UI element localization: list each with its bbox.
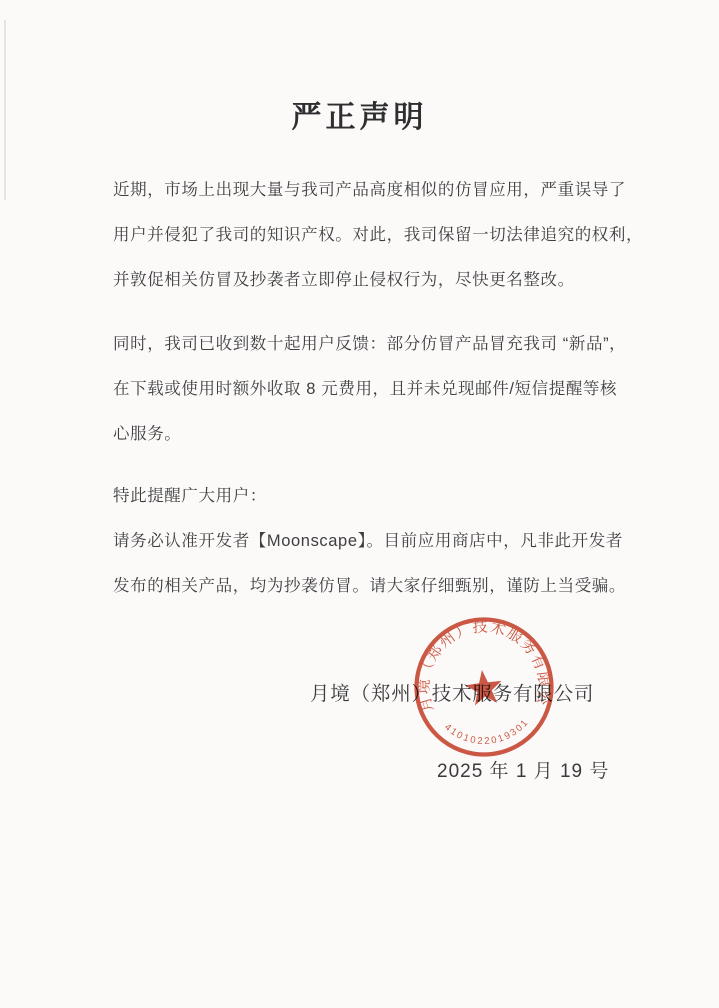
seal-ring-text: 月境（郑州）技术服务有限公司	[399, 602, 555, 725]
text-line: 发布的相关产品，均为抄袭仿冒。请大家仔细甄别，谨防上当受骗。	[113, 564, 633, 609]
star-icon	[464, 668, 504, 707]
statement-document-page: 严正声明 近期，市场上出现大量与我司产品高度相似的仿冒应用，严重误导了 用户并侵…	[0, 0, 719, 1008]
text-line: 心服务。	[113, 412, 633, 457]
text-line: 在下载或使用时额外收取 8 元费用，且并未兑现邮件/短信提醒等核	[113, 367, 633, 412]
text-line: 特此提醒广大用户：	[113, 474, 633, 519]
text-line: 近期，市场上出现大量与我司产品高度相似的仿冒应用，严重误导了	[113, 168, 633, 213]
company-seal-stamp: 月境（郑州）技术服务有限公司 4101022019301	[399, 602, 568, 771]
seal-graphic: 月境（郑州）技术服务有限公司 4101022019301	[399, 602, 568, 771]
text-line: 并敦促相关仿冒及抄袭者立即停止侵权行为，尽快更名整改。	[113, 258, 633, 303]
text-line: 用户并侵犯了我司的知识产权。对此，我司保留一切法律追究的权利，	[113, 213, 633, 258]
document-title: 严正声明	[0, 92, 719, 136]
text-line: 请务必认准开发者【Moonscape】。目前应用商店中，凡非此开发者	[113, 519, 633, 564]
paragraph-user-reminder: 特此提醒广大用户： 请务必认准开发者【Moonscape】。目前应用商店中，凡非…	[113, 474, 633, 609]
text-line: 同时，我司已收到数十起用户反馈：部分仿冒产品冒充我司 “新品”，	[113, 322, 633, 367]
paragraph-infringement-notice: 近期，市场上出现大量与我司产品高度相似的仿冒应用，严重误导了 用户并侵犯了我司的…	[113, 168, 633, 303]
paragraph-user-feedback: 同时，我司已收到数十起用户反馈：部分仿冒产品冒充我司 “新品”， 在下载或使用时…	[113, 322, 633, 457]
